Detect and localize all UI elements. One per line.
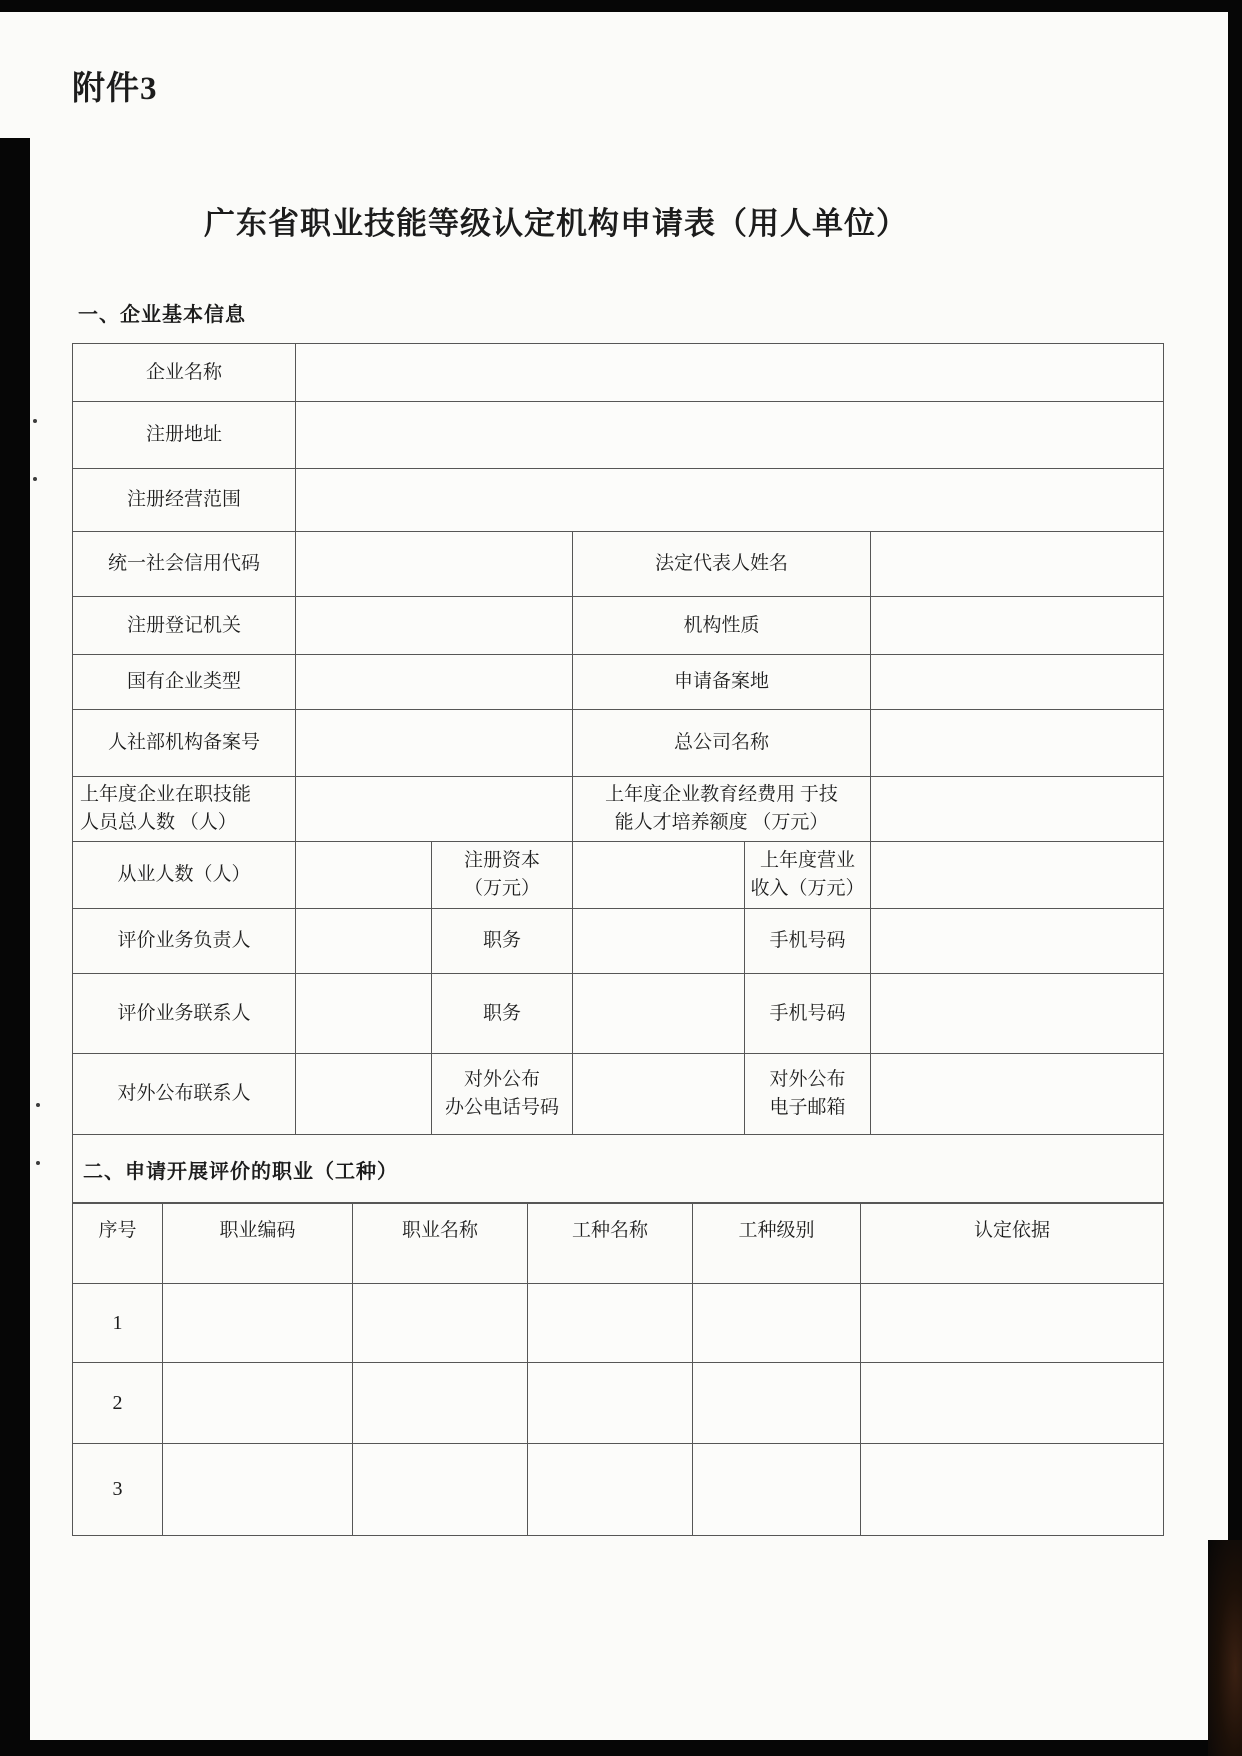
empty-field-cell	[296, 1054, 432, 1135]
field-label-registration-authority: 注册登记机关	[73, 597, 296, 655]
field-label-business-scope: 注册经营范围	[73, 469, 296, 532]
empty-field-cell	[296, 344, 1164, 402]
empty-field-cell	[296, 777, 573, 842]
empty-field-cell	[163, 1444, 353, 1536]
empty-field-cell	[693, 1444, 861, 1536]
empty-field-cell	[693, 1284, 861, 1363]
empty-field-cell	[573, 842, 745, 909]
empty-field-cell	[528, 1444, 693, 1536]
empty-field-cell	[573, 909, 745, 974]
empty-field-cell	[163, 1284, 353, 1363]
field-label-employee-count: 从业人数（人）	[73, 842, 296, 909]
empty-field-cell	[296, 532, 573, 597]
page-corner-notch	[0, 12, 30, 138]
empty-field-cell	[296, 597, 573, 655]
empty-field-cell	[693, 1363, 861, 1444]
scanned-document: 附件3 广东省职业技能等级认定机构申请表（用人单位） 一、企业基本信息 企业名称…	[0, 0, 1242, 1756]
field-label-position-1: 职务	[432, 909, 573, 974]
column-header-trade-level: 工种级别	[693, 1203, 861, 1284]
field-label-position-2: 职务	[432, 974, 573, 1054]
column-header-seq: 序号	[73, 1203, 163, 1284]
empty-field-cell	[353, 1444, 528, 1536]
field-label-mobile-1: 手机号码	[745, 909, 871, 974]
scan-speck	[36, 1103, 40, 1107]
scan-speck	[33, 477, 37, 481]
empty-field-cell	[871, 777, 1164, 842]
empty-field-cell	[296, 909, 432, 974]
empty-field-cell	[871, 532, 1164, 597]
field-label-mobile-2: 手机号码	[745, 974, 871, 1054]
scan-speck	[36, 1161, 40, 1165]
field-label-evaluation-manager: 评价业务负责人	[73, 909, 296, 974]
scan-smudge	[1208, 1540, 1242, 1756]
field-label-company-name: 企业名称	[73, 344, 296, 402]
empty-field-cell	[861, 1284, 1164, 1363]
field-label-evaluation-contact: 评价业务联系人	[73, 974, 296, 1054]
column-header-certification-basis: 认定依据	[861, 1203, 1164, 1284]
document-title: 广东省职业技能等级认定机构申请表（用人单位）	[72, 198, 1040, 243]
empty-field-cell	[871, 597, 1164, 655]
empty-field-cell	[573, 974, 745, 1054]
scan-speck	[33, 419, 37, 423]
occupations-table: 序号 职业编码 职业名称 工种名称 工种级别 认定依据 1 2 3	[72, 1202, 1164, 1536]
field-label-annual-revenue: 上年度营业 收入（万元）	[745, 842, 871, 909]
empty-field-cell	[871, 655, 1164, 710]
empty-field-cell	[353, 1284, 528, 1363]
empty-field-cell	[528, 1363, 693, 1444]
empty-field-cell	[871, 974, 1164, 1054]
empty-field-cell	[296, 974, 432, 1054]
field-label-mohrss-filing-no: 人社部机构备案号	[73, 710, 296, 777]
basic-info-table: 企业名称 注册地址 注册经营范围 统一社会信用代码 法定代表人姓名 注册登记机关…	[72, 343, 1164, 1204]
field-label-education-budget: 上年度企业教育经费用 于技 能人才培养额度 （万元）	[573, 777, 871, 842]
empty-field-cell	[296, 402, 1164, 469]
empty-field-cell	[871, 710, 1164, 777]
empty-field-cell	[353, 1363, 528, 1444]
empty-field-cell	[296, 655, 573, 710]
field-label-credit-code: 统一社会信用代码	[73, 532, 296, 597]
field-label-public-phone: 对外公布 办公电话号码	[432, 1054, 573, 1135]
empty-field-cell	[573, 1054, 745, 1135]
section1-heading: 一、企业基本信息	[78, 298, 246, 327]
row-number: 3	[73, 1444, 163, 1536]
empty-field-cell	[528, 1284, 693, 1363]
field-label-public-email: 对外公布 电子邮箱	[745, 1054, 871, 1135]
attachment-label: 附件3	[72, 62, 158, 109]
empty-field-cell	[296, 710, 573, 777]
empty-field-cell	[296, 469, 1164, 532]
empty-field-cell	[871, 1054, 1164, 1135]
column-header-trade-name: 工种名称	[528, 1203, 693, 1284]
field-label-filing-location: 申请备案地	[573, 655, 871, 710]
column-header-occupation-code: 职业编码	[163, 1203, 353, 1284]
field-label-institution-nature: 机构性质	[573, 597, 871, 655]
empty-field-cell	[871, 842, 1164, 909]
field-label-legal-representative: 法定代表人姓名	[573, 532, 871, 597]
empty-field-cell	[871, 909, 1164, 974]
section2-heading: 二、申请开展评价的职业（工种）	[73, 1135, 1164, 1204]
field-label-head-company: 总公司名称	[573, 710, 871, 777]
empty-field-cell	[296, 842, 432, 909]
empty-field-cell	[861, 1363, 1164, 1444]
field-label-soe-type: 国有企业类型	[73, 655, 296, 710]
field-label-registered-capital: 注册资本 （万元）	[432, 842, 573, 909]
column-header-occupation-name: 职业名称	[353, 1203, 528, 1284]
row-number: 1	[73, 1284, 163, 1363]
row-number: 2	[73, 1363, 163, 1444]
field-label-registered-address: 注册地址	[73, 402, 296, 469]
empty-field-cell	[861, 1444, 1164, 1536]
field-label-skilled-staff-total: 上年度企业在职技能 人员总人数 （人）	[73, 777, 296, 842]
empty-field-cell	[163, 1363, 353, 1444]
field-label-public-contact: 对外公布联系人	[73, 1054, 296, 1135]
